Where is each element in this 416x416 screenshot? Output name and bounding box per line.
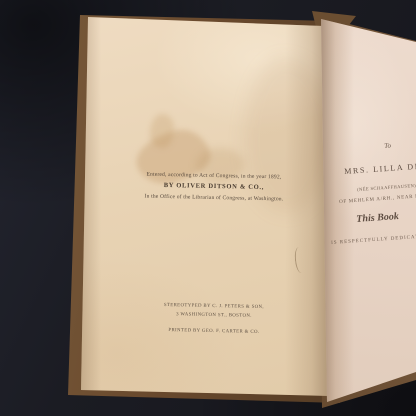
page-stain [131, 124, 215, 190]
page-stain [150, 114, 174, 148]
dedication-salutation: To [384, 142, 391, 150]
copyright-line-1: Entered, according to Act of Congress, i… [146, 172, 281, 181]
dedication-name: MRS. LILLA DEICHMANN [344, 158, 416, 176]
imprint-printer: PRINTED BY GEO. F. CARTER & CO. [168, 328, 259, 335]
copyright-line-3: In the Office of the Librarian of Congre… [144, 194, 283, 203]
imprint-stereotyper: STEREOTYPED BY C. J. PETERS & SON, [164, 303, 264, 310]
book-photo: Entered, according to Act of Congress, i… [0, 0, 416, 416]
copyright-line-2: BY OLIVER DITSON & CO., [164, 182, 264, 191]
dedication-maiden-name: (NÉE SCHAAFFHAUSEN) [357, 183, 416, 192]
dedication-this-book: This Book [356, 211, 399, 225]
imprint-address: 3 WASHINGTON ST., BOSTON. [176, 312, 252, 319]
